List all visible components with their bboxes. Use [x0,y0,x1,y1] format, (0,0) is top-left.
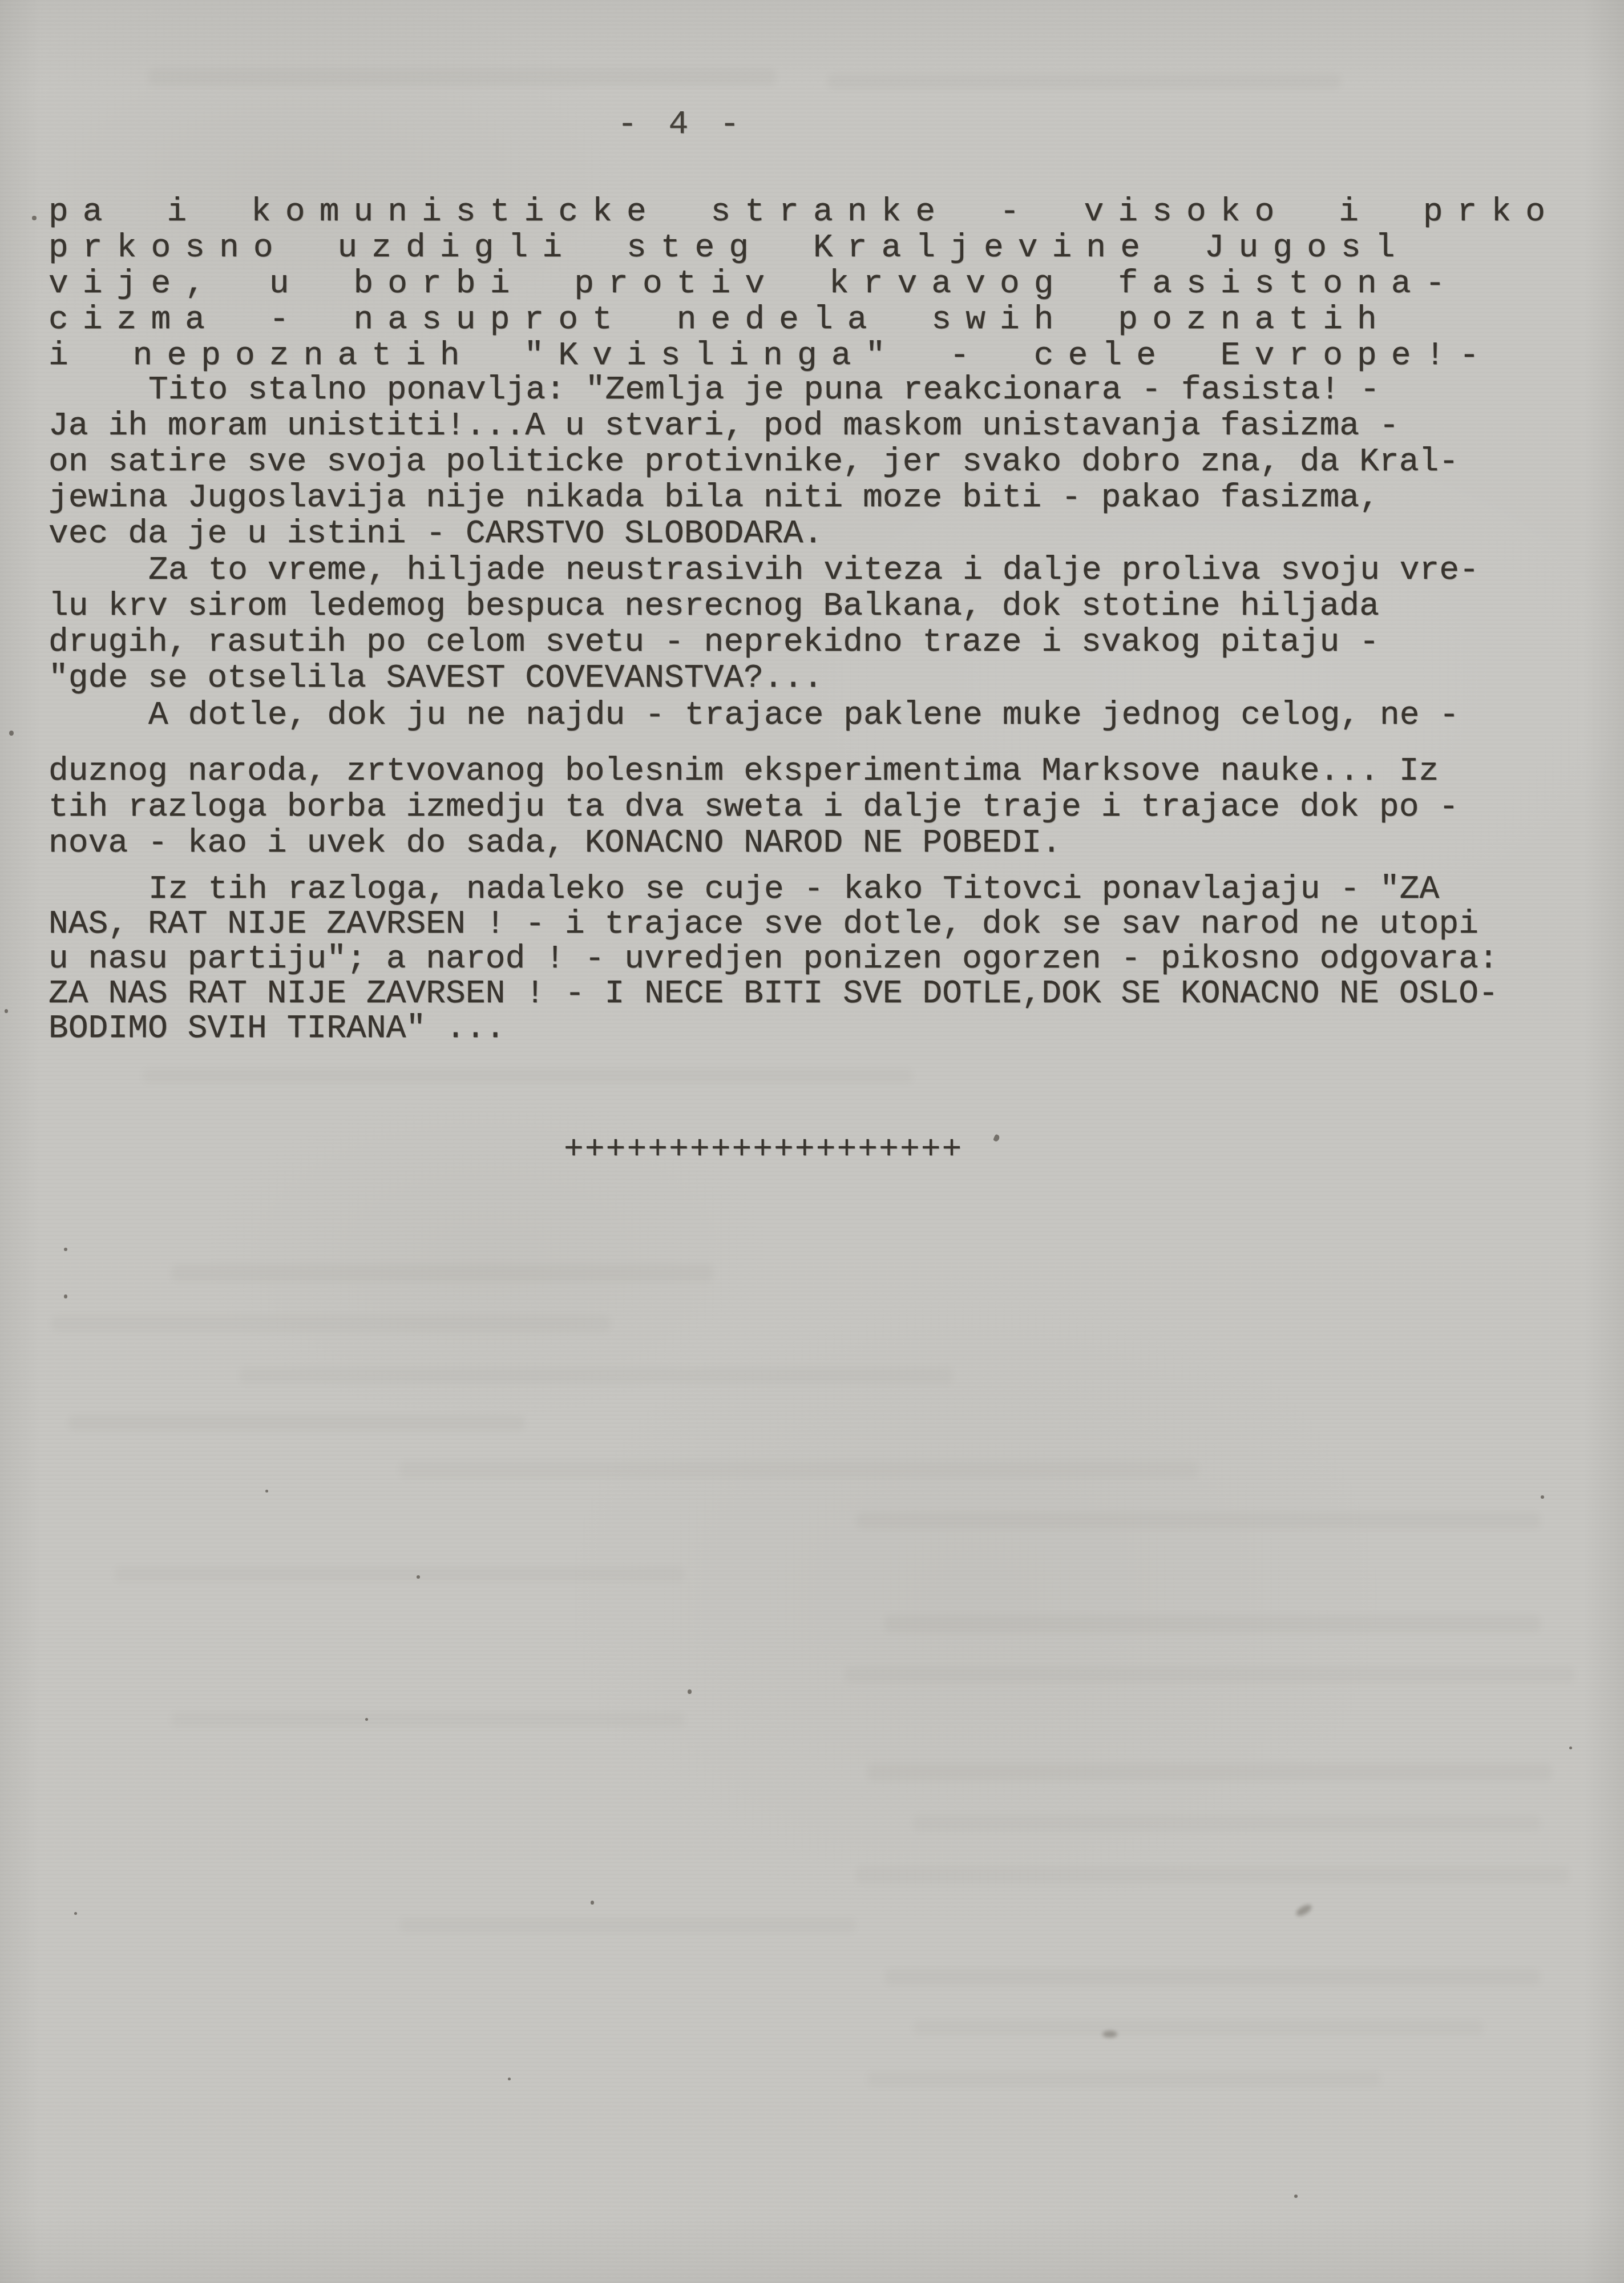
text-line: "gde se otselila SAVEST COVEVANSTVA?... [49,660,1479,696]
text-line: drugih, rasutih po celom svetu - nepreki… [49,624,1479,660]
paper-speck [1541,1495,1544,1499]
bleed-through-band [399,1461,1198,1478]
text-line: pa i komunisticke stranke - visoko i prk… [49,194,1560,230]
paper-speck [9,731,14,736]
bleed-through-band [913,1815,1541,1831]
bleed-through-band [884,1969,1541,1985]
paper-speck [508,2078,511,2080]
paper-speck [365,1718,368,1721]
bleed-through-band [51,1316,611,1332]
text-line: u nasu partiju"; a narod ! - uvredjen po… [49,942,1498,977]
text-line: prkosno uzdigli steg Kraljevine Jugosl [49,230,1560,266]
text-line: duznog naroda, zrtvovanog bolesnim ekspe… [49,753,1459,789]
text-line: Iz tih razloga, nadaleko se cuje - kako … [49,872,1498,907]
paper-speck [64,1294,67,1298]
paper-speck [1294,2195,1298,2198]
bleed-through-band [171,1712,685,1727]
paper-speck [417,1575,420,1579]
bleed-through-band [845,1667,1575,1683]
bleed-through-band [399,1918,856,1933]
bleed-through-band [148,68,776,86]
text-line: jewina Jugoslavija nije nikada bila niti… [49,480,1459,516]
paper-smudge [1102,2031,1117,2038]
paragraph-iz-tih: Iz tih razloga, nadaleko se cuje - kako … [49,872,1498,1046]
text-line: on satire sve svoja politicke protivnike… [49,444,1459,480]
paragraph-tito: Tito stalno ponavlja: "Zemlja je puna re… [49,372,1459,552]
page-number: - 4 - [617,106,745,143]
bleed-through-band [68,1415,525,1430]
bleed-through-band [827,74,1341,89]
text-line: nova - kao i uvek do sada, KONACNO NAROD… [49,825,1459,861]
paper-speck [64,1248,67,1251]
paragraph-a-dotle: A dotle, dok ju ne najdu - trajace pakle… [49,697,1459,733]
paper-speck [591,1901,594,1905]
bleed-through-band [913,2020,1484,2035]
text-line: i nepoznatih "Kvislinga" - cele Evrope!- [49,338,1560,374]
paragraph-opening: pa i komunisticke stranke - visoko i prk… [49,194,1560,374]
paper-speck [32,216,37,220]
paper-speck [265,1490,268,1493]
text-line: Tito stalno ponavlja: "Zemlja je puna re… [49,372,1459,408]
text-line: lu krv sirom ledemog bespuca nesrecnog B… [49,588,1479,624]
bleed-through-band [884,1615,1541,1632]
bleed-through-band [867,1764,1552,1781]
text-line: ZA NAS RAT NIJE ZAVRSEN ! - I NECE BITI … [49,977,1498,1011]
text-line: vec da je u istini - CARSTVO SLOBODARA. [49,516,1459,552]
text-line: cizma - nasuprot nedela swih poznatih [49,302,1560,338]
text-line: A dotle, dok ju ne najdu - trajace pakle… [49,697,1459,733]
bleed-through-band [856,1866,1569,1883]
bleed-through-band [171,1264,713,1281]
text-line: BODIMO SVIH TIRANA" ... [49,1011,1498,1046]
bleed-through-band [867,2072,1381,2087]
paper-speck [688,1689,692,1694]
text-line: tih razloga borba izmedju ta dva sweta i… [49,789,1459,825]
bleed-through-band [856,1512,1541,1528]
bleed-through-band [240,1367,953,1384]
paper-speck [5,1009,8,1013]
paper-speck [1569,1746,1572,1749]
paper-smudge [1295,1902,1314,1918]
text-line: NAS, RAT NIJE ZAVRSEN ! - i trajace sve … [49,907,1498,942]
bleed-through-band [114,1567,685,1582]
paragraph-duznog: duznog naroda, zrtvovanog bolesnim ekspe… [49,753,1459,861]
text-line: Ja ih moram unistiti!...A u stvari, pod … [49,408,1459,444]
paper-speck [74,1912,77,1915]
text-line: Za to vreme, hiljade neustrasivih viteza… [49,552,1479,588]
paper-speck [993,1134,1000,1143]
plus-divider: +++++++++++++++++++ [564,1131,963,1168]
text-line: vije, u borbi protiv krvavog fasistona- [49,266,1560,302]
document-page: - 4 - pa i komunisticke stranke - visoko… [0,0,1624,2283]
bleed-through-band [143,1068,913,1083]
paragraph-za-to-vreme: Za to vreme, hiljade neustrasivih viteza… [49,552,1479,696]
